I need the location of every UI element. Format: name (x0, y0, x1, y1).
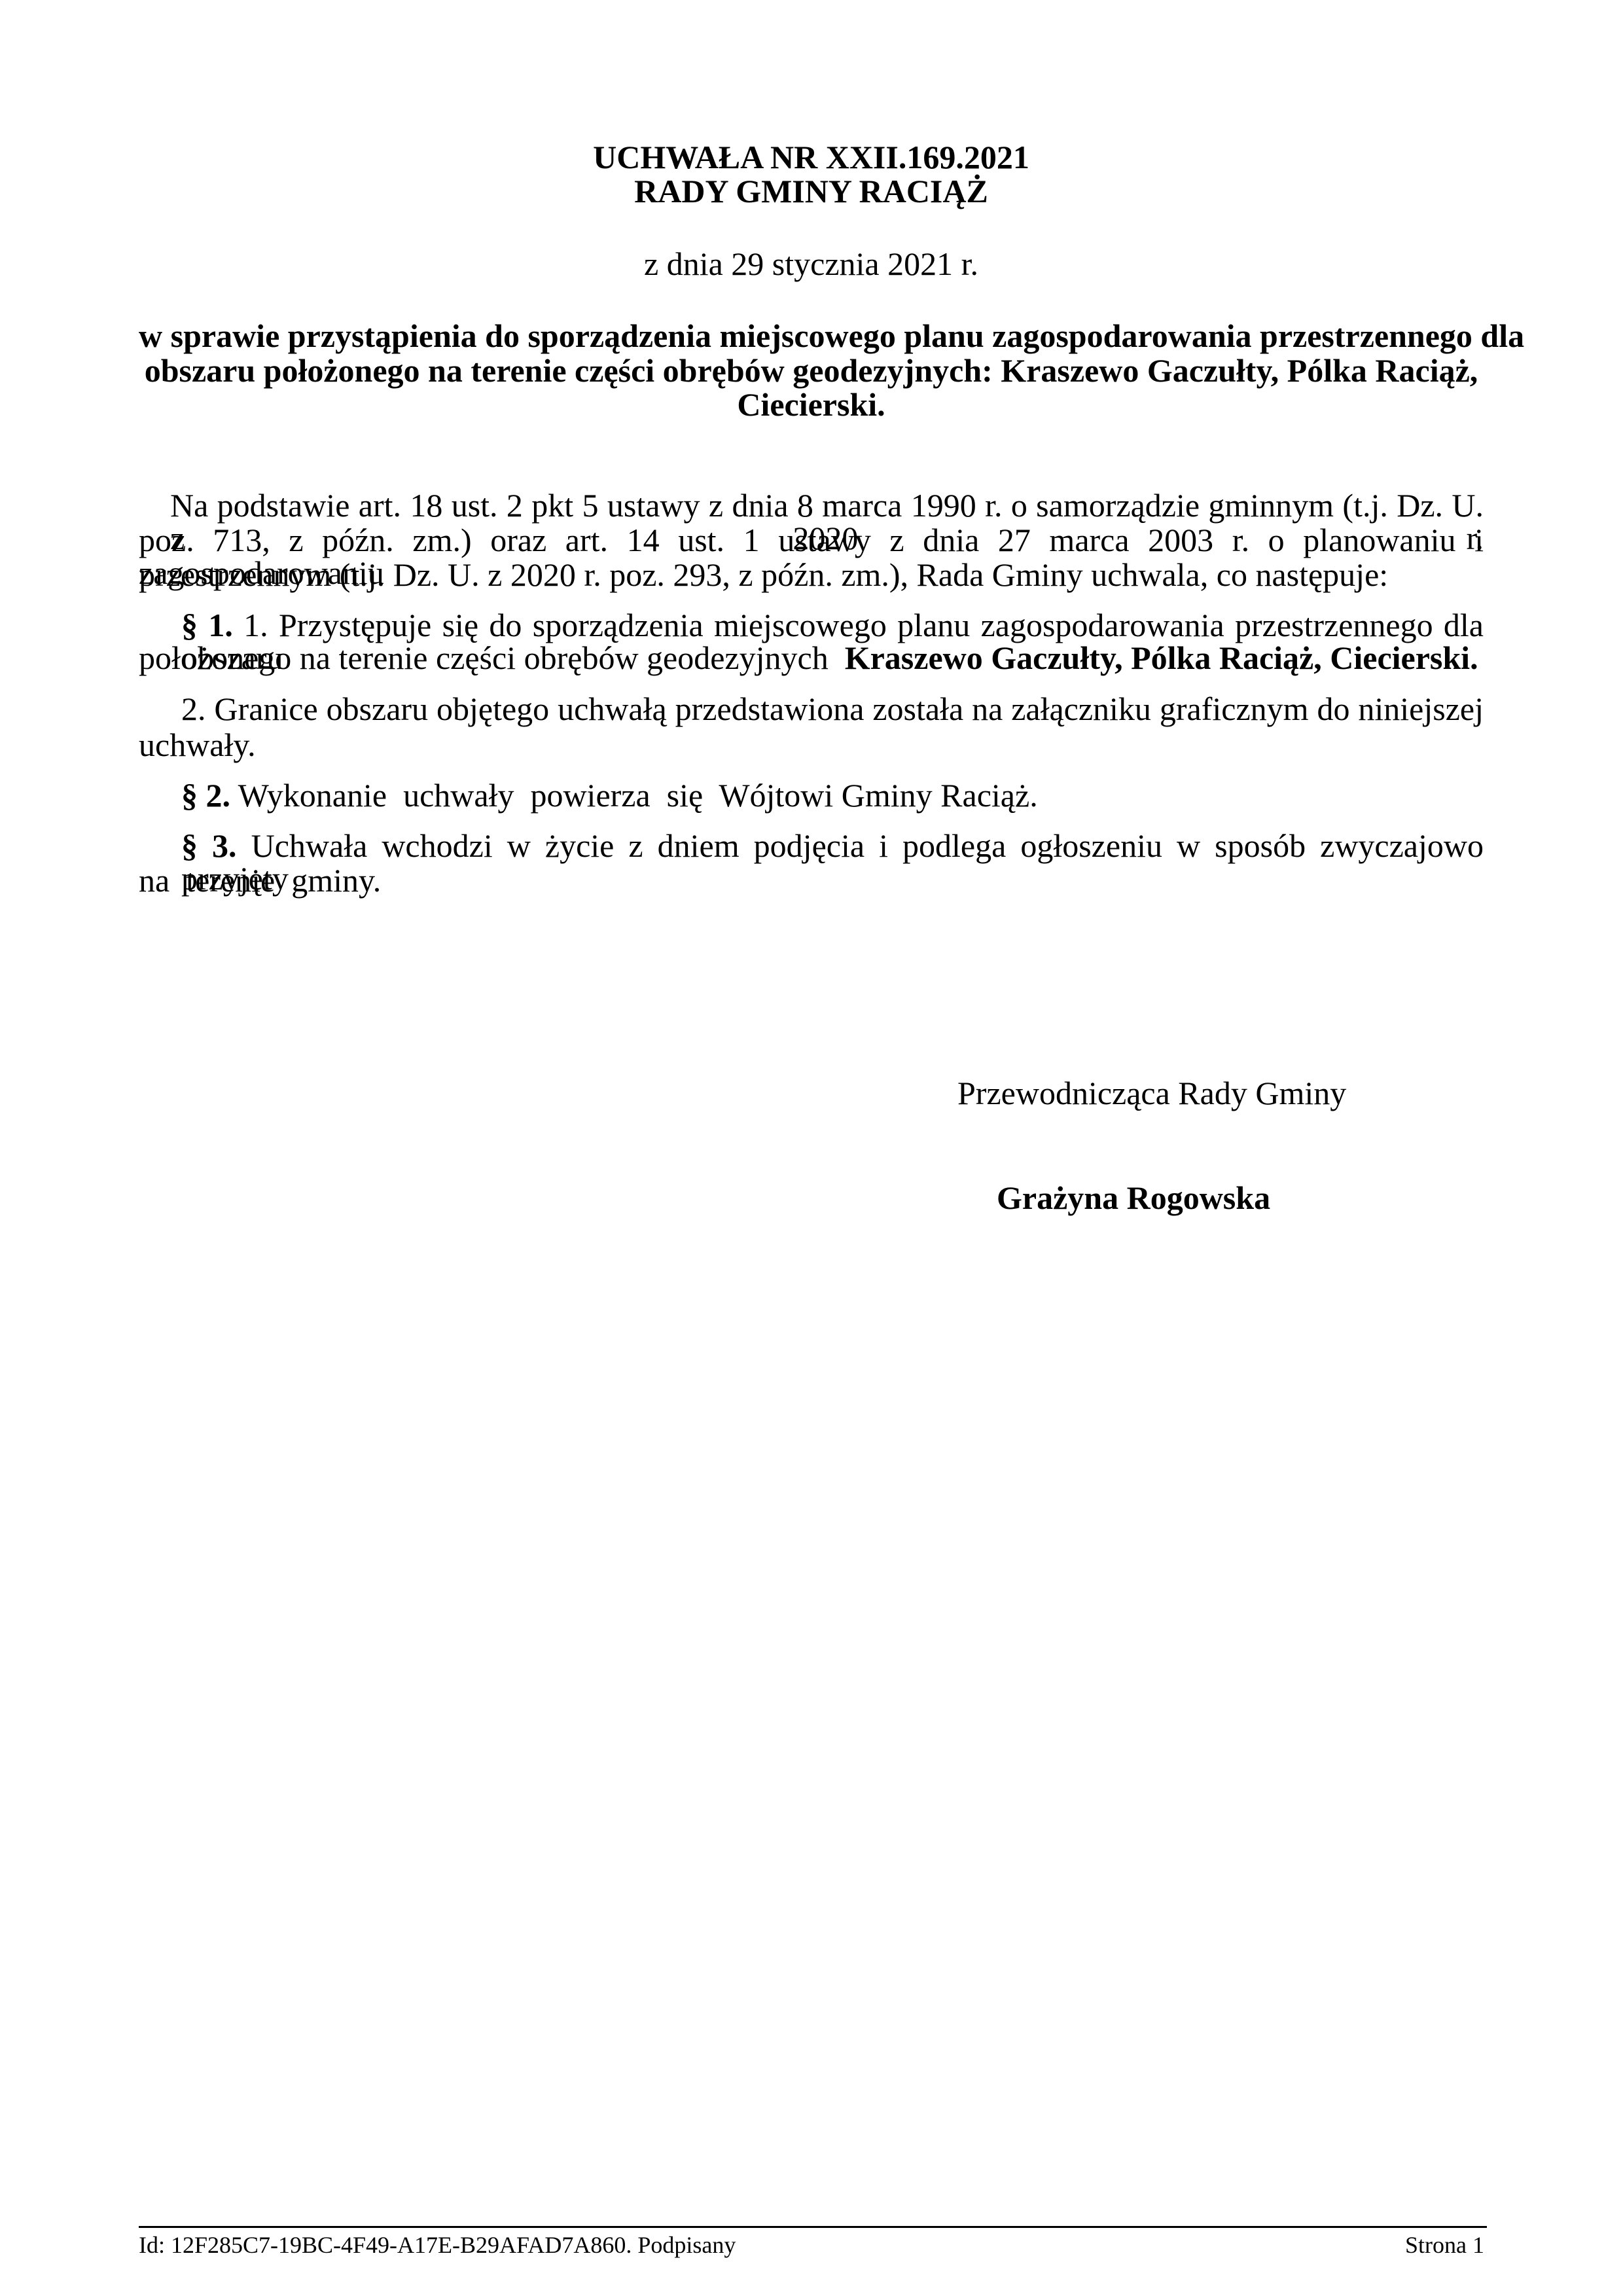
subject-line-3: Ciecierski. (139, 388, 1484, 421)
resolution-date: z dnia 29 stycznia 2021 r. (139, 247, 1484, 280)
footer-divider (139, 2226, 1487, 2228)
signature-name: Grażyna Rogowska (997, 1181, 1270, 1214)
document-page: UCHWAŁA NR XXII.169.2021 RADY GMINY RACI… (0, 0, 1623, 2296)
preamble-line-3: przestrzennym (t.j. Dz. U. z 2020 r. poz… (139, 558, 1388, 591)
section-3-marker: § 3. (181, 827, 237, 864)
section-1-paragraph-2-line-2: uchwały. (139, 728, 256, 761)
section-3-line-2: na terenie gminy. (139, 864, 381, 897)
page-number: Strona 1 (1405, 2233, 1484, 2257)
geodetic-areas: Kraszewo Gaczułty, Pólka Raciąż, Ciecier… (845, 639, 1478, 676)
section-2: § 2. Wykonanie uchwały powierza się Wójt… (181, 779, 1038, 812)
section-2-text: Wykonanie uchwały powierza się Wójtowi G… (230, 777, 1038, 814)
council-name: RADY GMINY RACIĄŻ (139, 175, 1484, 207)
section-1-paragraph-2-line-1: 2. Granice obszaru objętego uchwałą prze… (181, 692, 1484, 725)
signature-role: Przewodnicząca Rady Gminy (957, 1077, 1346, 1109)
subject-line-2: obszaru położonego na terenie części obr… (139, 354, 1484, 387)
resolution-number: UCHWAŁA NR XXII.169.2021 (139, 141, 1484, 173)
section-1-paragraph-1-line-2: położonego na terenie części obrębów geo… (139, 641, 1478, 674)
section-2-marker: § 2. (181, 777, 230, 814)
section-1-line-2-text: położonego na terenie części obrębów geo… (139, 639, 845, 676)
subject-line-1: w sprawie przystąpienia do sporządzenia … (139, 319, 1484, 352)
document-id: Id: 12F285C7-19BC-4F49-A17E-B29AFAD7A860… (139, 2233, 736, 2257)
section-1-marker: § 1. (181, 607, 233, 643)
